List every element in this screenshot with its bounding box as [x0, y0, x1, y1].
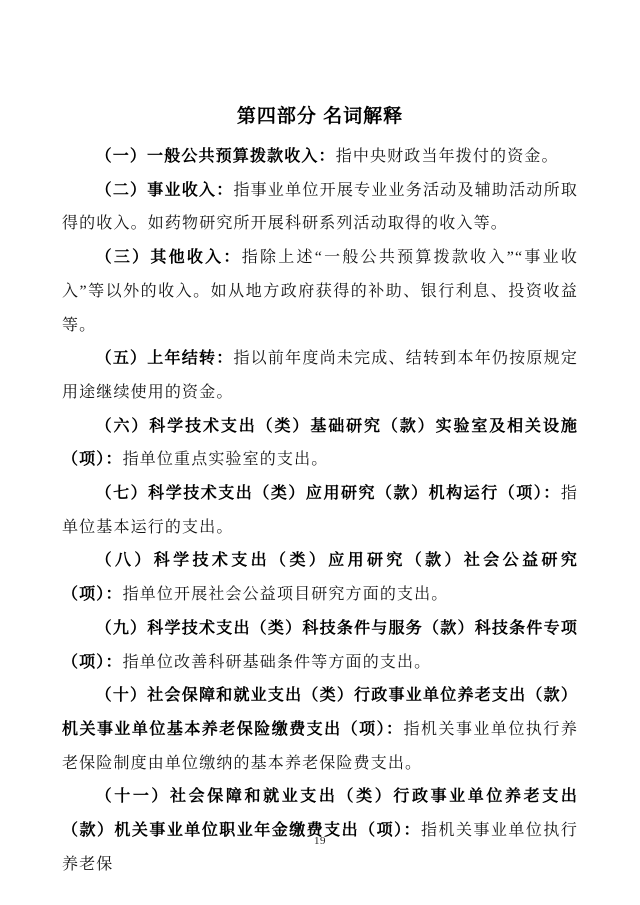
glossary-entry: （八）科学技术支出（类）应用研究（款）社会公益研究（项）：指单位开展社会公益项目…	[62, 544, 578, 611]
glossary-entry: （九）科学技术支出（类）科技条件与服务（款）科技条件专项（项）：指单位改善科研基…	[62, 612, 578, 679]
glossary-entry: （十）社会保障和就业支出（类）行政事业单位养老支出（款）机关事业单位基本养老保险…	[62, 679, 578, 780]
glossary-entry: （六）科学技术支出（类）基础研究（款）实验室及相关设施（项）：指单位重点实验室的…	[62, 410, 578, 477]
glossary-term: （五）上年结转：	[96, 350, 234, 367]
glossary-entry: （十一）社会保障和就业支出（类）行政事业单位养老支出（款）机关事业单位职业年金缴…	[62, 780, 578, 881]
glossary-entry: （五）上年结转：指以前年度尚未完成、结转到本年仍按原规定用途继续使用的资金。	[62, 342, 578, 409]
glossary-entry: （三）其他收入：指除上述“一般公共预算拨款收入”“事业收入”等以外的收入。如从地…	[62, 241, 578, 342]
glossary-definition: 指单位开展社会公益项目研究方面的支出。	[123, 586, 449, 603]
glossary-term: （七）科学技术支出（类）应用研究（款）机构运行（项）：	[96, 485, 561, 502]
page-number: 19	[0, 835, 640, 847]
glossary-entry: （二）事业收入：指事业单位开展专业业务活动及辅助活动所取得的收入。如药物研究所开…	[62, 174, 578, 241]
page-title: 第四部分 名词解释	[0, 101, 640, 128]
glossary-term: （一）一般公共预算拨款收入：	[96, 148, 336, 165]
document-page: 第四部分 名词解释 （一）一般公共预算拨款收入：指中央财政当年拨付的资金。 （二…	[0, 0, 640, 905]
glossary-body: （一）一般公共预算拨款收入：指中央财政当年拨付的资金。 （二）事业收入：指事业单…	[62, 140, 578, 881]
glossary-entry: （一）一般公共预算拨款收入：指中央财政当年拨付的资金。	[62, 140, 578, 174]
glossary-entry: （七）科学技术支出（类）应用研究（款）机构运行（项）：指单位基本运行的支出。	[62, 477, 578, 544]
glossary-term: （三）其他收入：	[96, 249, 242, 266]
glossary-definition: 指单位改善科研基础条件等方面的支出。	[123, 654, 432, 671]
glossary-definition: 指中央财政当年拨付的资金。	[336, 148, 559, 165]
glossary-definition: 指单位重点实验室的支出。	[123, 451, 329, 468]
glossary-term: （二）事业收入：	[96, 182, 234, 199]
